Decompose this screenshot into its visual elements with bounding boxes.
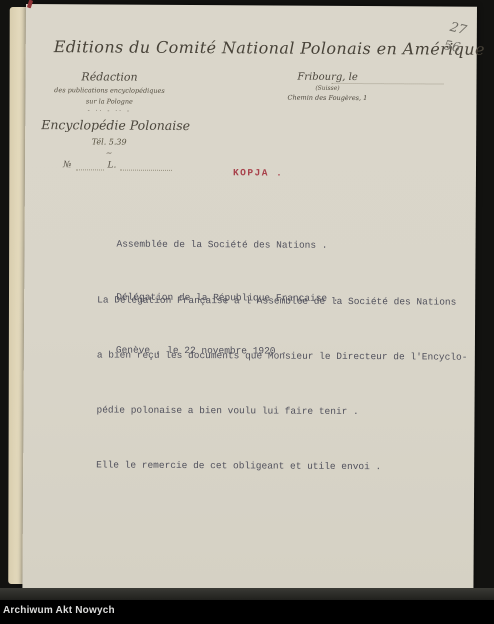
reference-l-label: L.	[108, 161, 117, 171]
archive-watermark-text: Archiwum Akt Nowych	[3, 605, 115, 616]
reference-number-line: № L.	[63, 160, 213, 171]
body-line: Elle le remercie de cet obligeant et uti…	[96, 457, 467, 478]
letterhead-street-address: Chemin des Fougères, 1	[277, 94, 377, 103]
archive-watermark-strip: Archiwum Akt Nowych	[0, 600, 494, 624]
body-line: La Délégation Française à l'Assemblée de…	[97, 291, 468, 312]
reference-no-label: №	[63, 160, 72, 170]
reference-l-blank	[120, 161, 172, 171]
letterhead-right-block: Fribourg, le (Suisse) Chemin des Fougère…	[277, 72, 377, 103]
recipient-line: Assemblée de la Société des Nations .	[116, 236, 338, 255]
letter-body: La Délégation Française à l'Assemblée de…	[96, 254, 468, 514]
pencil-mark-upper: 27	[448, 20, 468, 39]
copy-stamp-label: KOPJA .	[233, 167, 283, 178]
letterhead-country: (Suisse)	[277, 85, 377, 93]
reference-no-blank	[76, 160, 104, 170]
letterhead-organisation: Encyclopédie Polonaise	[41, 117, 177, 133]
body-line: a bien reçu les documents que Monsieur l…	[97, 346, 468, 367]
letterhead-left-block: Rédaction des publications encyclopédiqu…	[41, 70, 178, 158]
letterhead-subtitle-1: des publications encyclopédiques	[41, 86, 177, 95]
letterhead-divider: - ·· - ·· -	[41, 107, 177, 115]
letter-sheet: Editions du Comité National Polonais en …	[22, 4, 477, 591]
scanned-document-view: Editions du Comité National Polonais en …	[0, 0, 494, 624]
body-line: pédie polonaise a bien voulu lui faire t…	[96, 402, 467, 423]
scan-shadow-band	[0, 588, 494, 600]
letterhead-subtitle-2: sur la Pologne	[41, 97, 177, 106]
letterhead-ornament-mark: ~	[41, 144, 177, 162]
letterhead-title: Editions du Comité National Polonais en …	[54, 37, 446, 58]
letterhead-redaction: Rédaction	[42, 70, 178, 84]
pencil-mark-lower: 56	[443, 38, 462, 56]
